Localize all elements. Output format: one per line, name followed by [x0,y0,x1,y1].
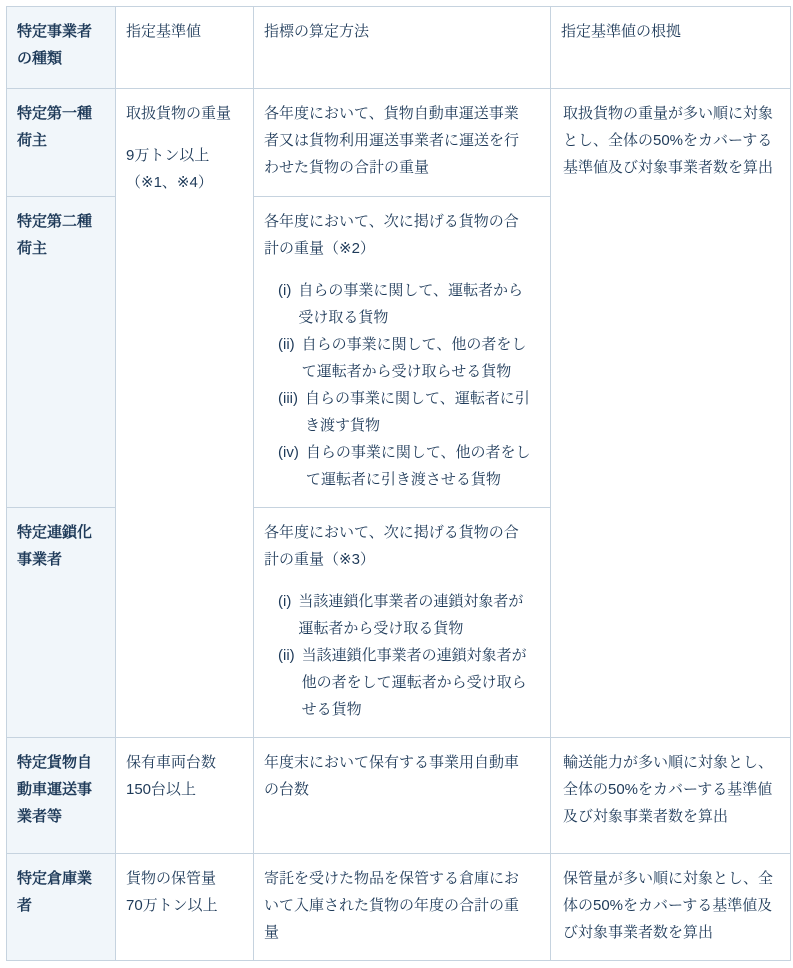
method-list-item: (ii) 自らの事業に関して、他の者をして運転者から受け取らせる貨物 [278,331,532,385]
specified-business-operators-table: 特定事業者の種類 指定基準値 指標の算定方法 指定基準値の根拠 特定第一種荷主 … [6,6,791,961]
list-item-marker: (iv) [278,439,299,493]
list-item-marker: (i) [278,277,291,331]
basis-cell-warehouse-operator: 保管量が多い順に対象とし、全体の50%をカバーする基準値及び対象事業者数を算出 [551,854,791,961]
row-freight-motor-carrier: 特定貨物自動車運送事業者等 保有車両台数 150台以上 年度末において保有する事… [7,738,791,854]
basis-text: 輸送能力が多い順に対象とし、全体の50%をカバーする基準値及び対象事業者数を算出 [563,749,780,830]
method-text: 寄託を受けた物品を保管する倉庫において入庫された貨物の年度の合計の重量 [264,865,532,946]
method-list-item: (iii) 自らの事業に関して、運転者に引き渡す貨物 [278,385,532,439]
method-intro: 各年度において、次に掲げる貨物の合計の重量（※3） [264,519,532,573]
list-item-text: 当該連鎖化事業者の連鎖対象者が運転者から受け取る貨物 [298,588,532,642]
header-cell-criteria: 指定基準値 [116,7,254,89]
criteria-cell-freight-motor-carrier: 保有車両台数 150台以上 [116,738,254,854]
row-header-second-type-shipper: 特定第二種荷主 [7,197,116,508]
method-list-item: (iv) 自らの事業に関して、他の者をして運転者に引き渡させる貨物 [278,439,532,493]
row-header-first-type-shipper: 特定第一種荷主 [7,89,116,197]
list-item-marker: (iii) [278,385,298,439]
header-row: 特定事業者の種類 指定基準値 指標の算定方法 指定基準値の根拠 [7,7,791,89]
criteria-cell-warehouse-operator: 貨物の保管量 70万トン以上 [116,854,254,961]
list-item-text: 自らの事業に関して、他の者をして運転者から受け取らせる貨物 [302,331,532,385]
basis-text: 保管量が多い順に対象とし、全体の50%をカバーする基準値及び対象事業者数を算出 [563,865,780,946]
criteria-text: 貨物の保管量 70万トン以上 [126,865,243,919]
table-wrapper: 特定事業者の種類 指定基準値 指標の算定方法 指定基準値の根拠 特定第一種荷主 … [0,0,793,968]
list-item-text: 当該連鎖化事業者の連鎖対象者が他の者をして運転者から受け取らせる貨物 [302,642,532,723]
method-text: 年度末において保有する事業用自動車の台数 [264,749,532,803]
criteria-cell-freight-group: 取扱貨物の重量 9万トン以上 （※1、※4） [116,89,254,738]
row-header-freight-motor-carrier: 特定貨物自動車運送事業者等 [7,738,116,854]
list-item-text: 自らの事業に関して、運転者から受け取る貨物 [298,277,532,331]
row-first-type-shipper: 特定第一種荷主 取扱貨物の重量 9万トン以上 （※1、※4） 各年度において、貨… [7,89,791,197]
method-list-item: (ii) 当該連鎖化事業者の連鎖対象者が他の者をして運転者から受け取らせる貨物 [278,642,532,723]
criteria-text: 保有車両台数 150台以上 [126,749,243,803]
method-list-item: (i) 自らの事業に関して、運転者から受け取る貨物 [278,277,532,331]
list-item-text: 自らの事業に関して、運転者に引き渡す貨物 [305,385,532,439]
list-item-marker: (ii) [278,331,295,385]
method-cell-first-type-shipper: 各年度において、貨物自動車運送事業者又は貨物利用運送事業者に運送を行わせた貨物の… [254,89,551,197]
method-cell-second-type-shipper: 各年度において、次に掲げる貨物の合計の重量（※2） (i) 自らの事業に関して、… [254,197,551,508]
method-text: 各年度において、貨物自動車運送事業者又は貨物利用運送事業者に運送を行わせた貨物の… [264,100,532,181]
row-warehouse-operator: 特定倉庫業者 貨物の保管量 70万トン以上 寄託を受けた物品を保管する倉庫におい… [7,854,791,961]
header-cell-type: 特定事業者の種類 [7,7,116,89]
method-list: (i) 当該連鎖化事業者の連鎖対象者が運転者から受け取る貨物 (ii) 当該連鎖… [278,588,532,723]
method-list-item: (i) 当該連鎖化事業者の連鎖対象者が運転者から受け取る貨物 [278,588,532,642]
basis-text: 取扱貨物の重量が多い順に対象とし、全体の50%をカバーする基準値及び対象事業者数… [563,100,780,181]
list-item-text: 自らの事業に関して、他の者をして運転者に引き渡させる貨物 [306,439,532,493]
list-item-marker: (ii) [278,642,295,723]
method-cell-warehouse-operator: 寄託を受けた物品を保管する倉庫において入庫された貨物の年度の合計の重量 [254,854,551,961]
header-cell-basis: 指定基準値の根拠 [551,7,791,89]
header-cell-method: 指標の算定方法 [254,7,551,89]
method-cell-chain-business-operator: 各年度において、次に掲げる貨物の合計の重量（※3） (i) 当該連鎖化事業者の連… [254,508,551,738]
criteria-metric: 取扱貨物の重量 [126,100,243,127]
row-header-warehouse-operator: 特定倉庫業者 [7,854,116,961]
method-list: (i) 自らの事業に関して、運転者から受け取る貨物 (ii) 自らの事業に関して… [278,277,532,493]
row-header-chain-business-operator: 特定連鎖化事業者 [7,508,116,738]
method-intro: 各年度において、次に掲げる貨物の合計の重量（※2） [264,208,532,262]
basis-cell-freight-motor-carrier: 輸送能力が多い順に対象とし、全体の50%をカバーする基準値及び対象事業者数を算出 [551,738,791,854]
list-item-marker: (i) [278,588,291,642]
criteria-threshold: 9万トン以上 （※1、※4） [126,142,243,196]
basis-cell-freight-group: 取扱貨物の重量が多い順に対象とし、全体の50%をカバーする基準値及び対象事業者数… [551,89,791,738]
method-cell-freight-motor-carrier: 年度末において保有する事業用自動車の台数 [254,738,551,854]
